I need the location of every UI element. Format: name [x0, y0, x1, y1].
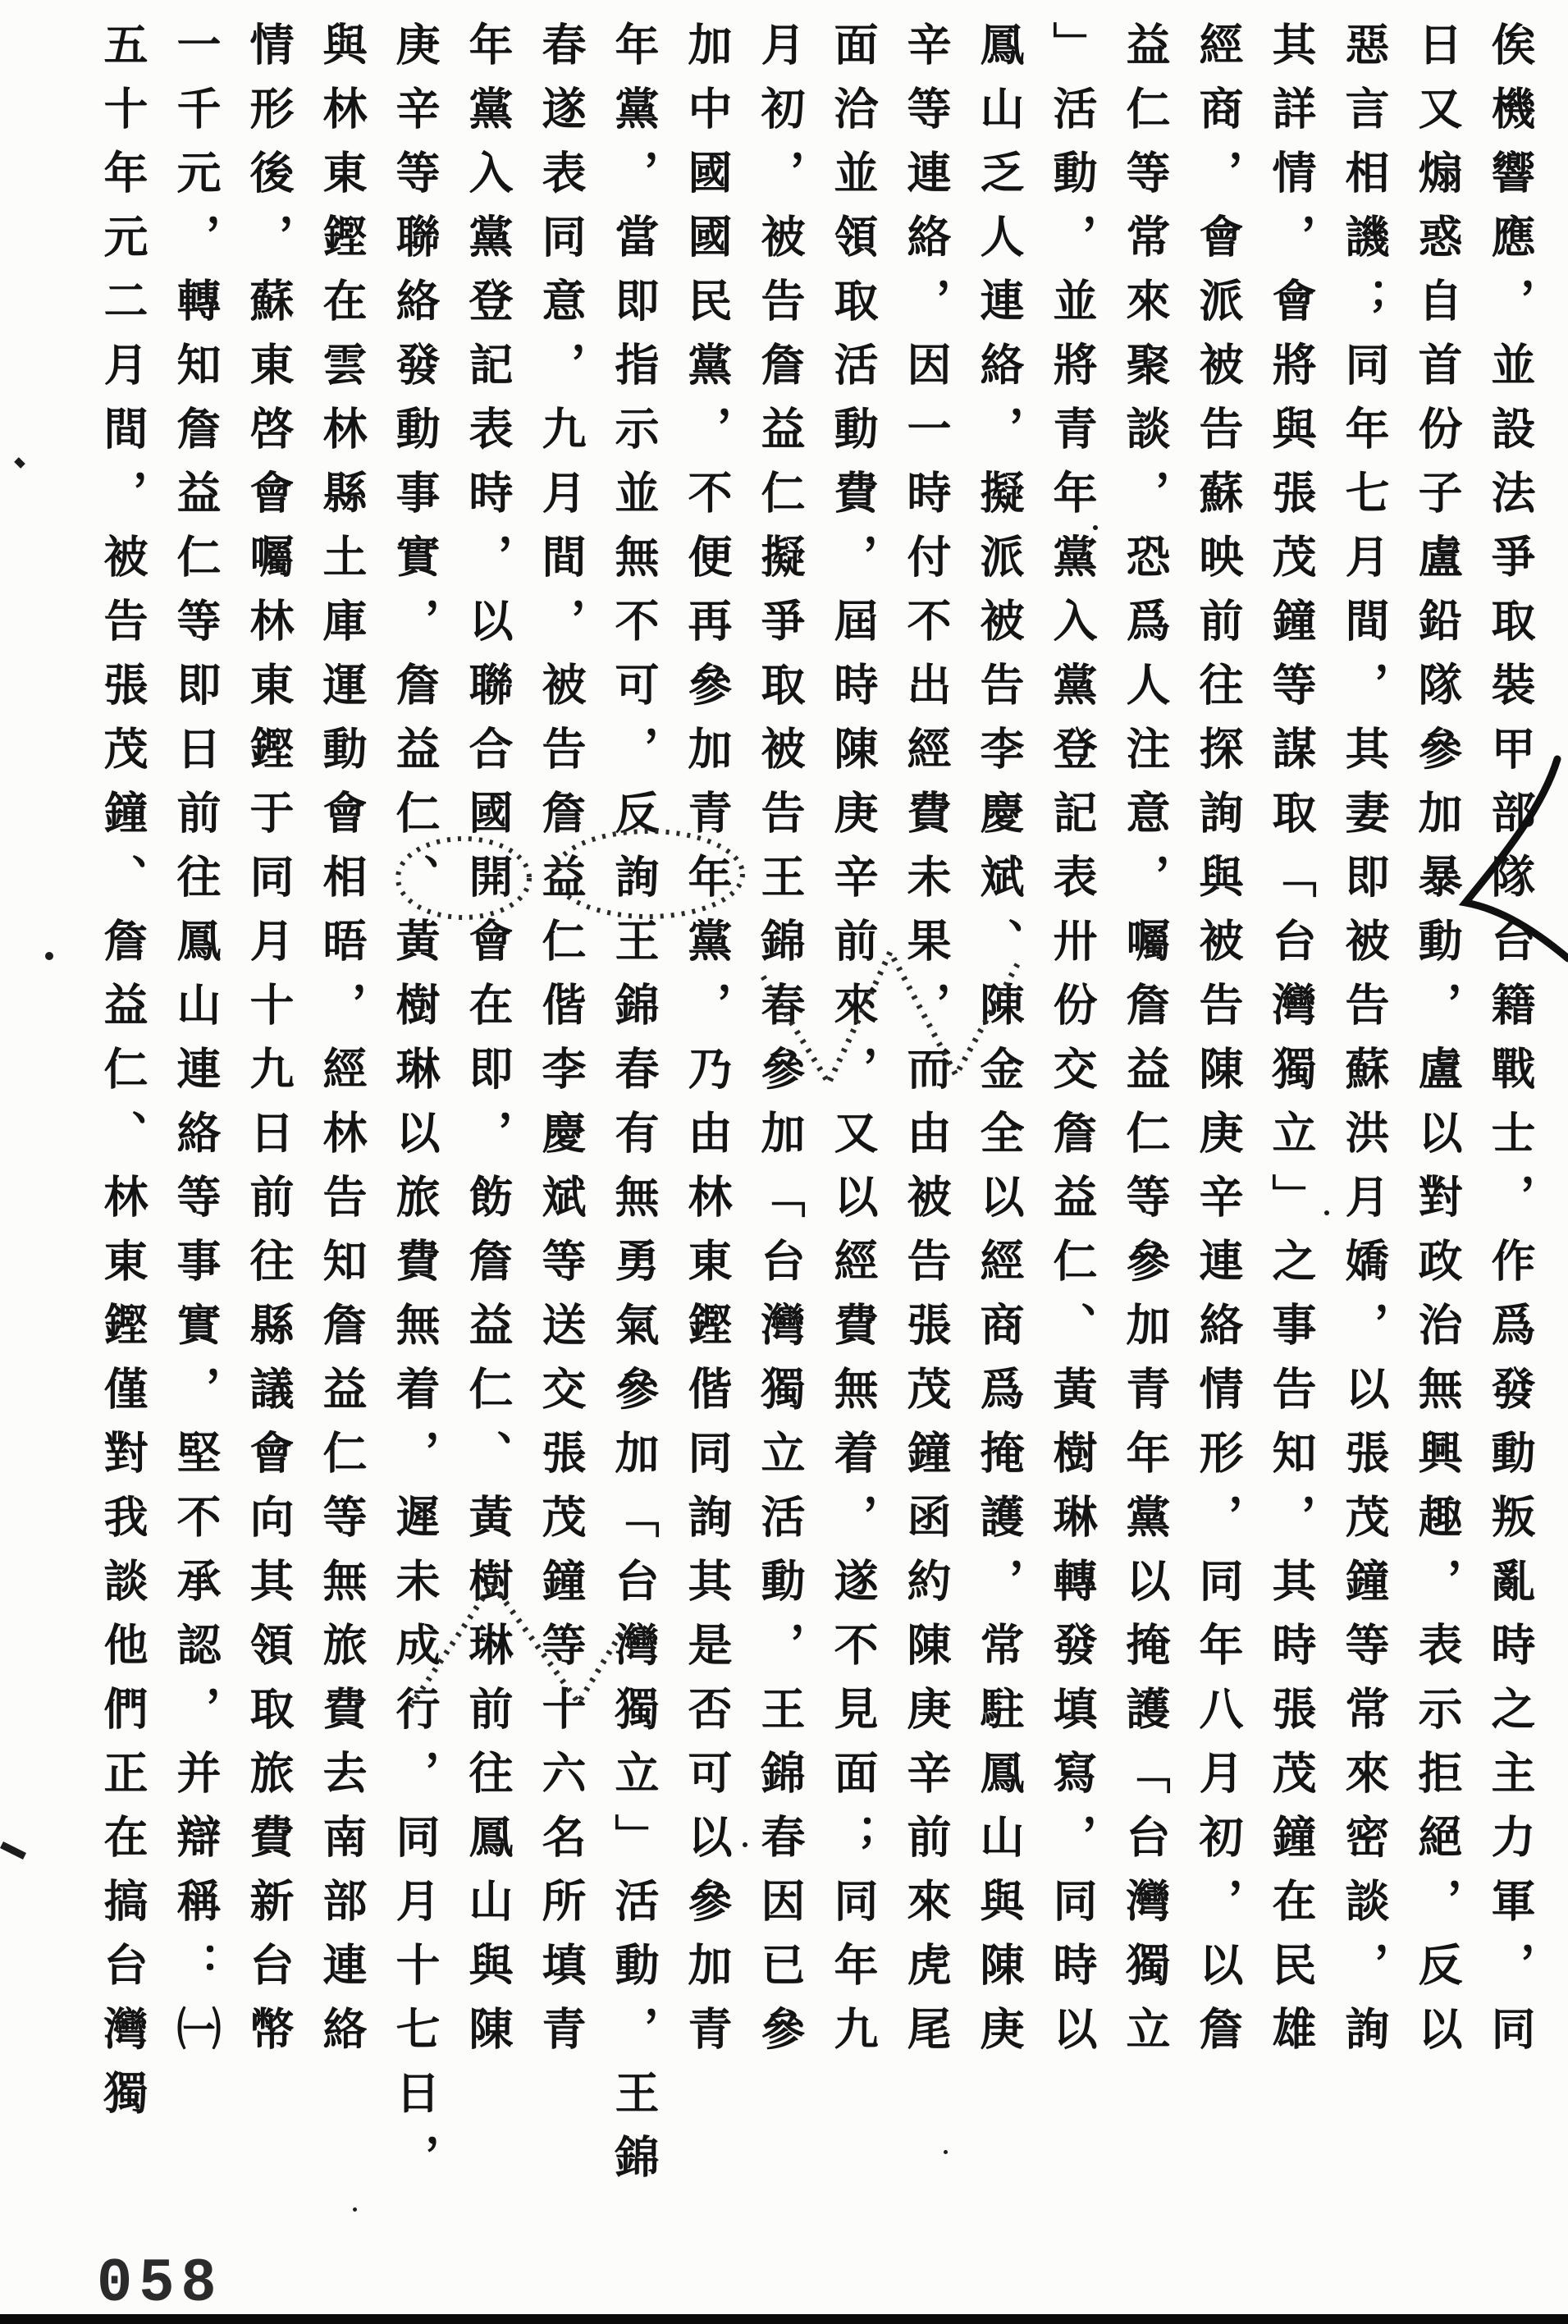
text-column: 加中國國民黨，不便再參加青年黨，乃由林東鏗偕同詢其是否可以參加青: [670, 21, 743, 2204]
text-column: 庚辛等聯絡發動事實，詹益仁、黃樹琳以旅費無着，遲未成行，同月十七日，: [378, 21, 451, 2204]
text-column: 面洽並領取活動費，屆時陳庚辛前來，又以經費無着，遂不見面；同年九: [816, 21, 889, 2204]
ink-speck: [45, 952, 53, 960]
text-column: 其詳情，會將與張茂鐘等謀取「台灣獨立」之事告知，其時張茂鐘在民雄: [1255, 21, 1328, 2204]
ink-speck: [1093, 525, 1098, 530]
text-column: 鳳山乏人連絡，擬派被告李慶斌、陳金全以經商爲掩護，常駐鳳山與陳庚: [962, 21, 1035, 2204]
text-column: 年黨，當即指示並無不可，反詢王錦春有無勇氣參加「台灣獨立」活動，王錦: [597, 21, 670, 2204]
ink-speck: [576, 246, 580, 250]
text-column: 」活動，並將青年黨入黨登記表卅份交詹益仁、黃樹琳轉發填寫，同時以: [1035, 21, 1109, 2204]
scan-edge-band: [0, 2314, 1568, 2324]
ink-speck: [1324, 1210, 1329, 1215]
document-text: 俟機響應，並設法爭取裝甲部隊台籍戰士，作爲發動叛亂時之主力軍，同 日又煽惑自首份…: [86, 21, 1547, 2204]
text-column: 情形後，蘇東啓會囑林東鏗于同月十九日前往縣議會向其領取旅費新台幣: [232, 21, 305, 2204]
ink-speck: [743, 1842, 747, 1847]
text-column: 一千元，轉知詹益仁等即日前往鳳山連絡等事實，堅不承認，并辯稱：㈠: [159, 21, 232, 2204]
ink-speck: [353, 2207, 357, 2212]
text-column: 與林東鏗在雲林縣土庫運動會相晤，經林告知詹益仁等無旅費去南部連絡: [305, 21, 378, 2204]
text-column: 日又煽惑自首份子盧鉛隊參加暴動，盧以對政治無興趣，表示拒絕，反以: [1401, 21, 1474, 2204]
text-column: 五十年元二月間，被告張茂鐘、詹益仁、林東鏗僅對我談他們正在搞台灣獨: [86, 21, 159, 2204]
text-column: 年黨入黨登記表時，以聯合國開會在即，飭詹益仁、黃樹琳前往鳳山與陳: [451, 21, 524, 2204]
text-column: 辛等連絡，因一時付不出經費未果，而由被告張茂鐘函約陳庚辛前來虎尾: [889, 21, 962, 2204]
page-number: 058: [97, 2249, 223, 2319]
text-column: 惡言相譏；同年七月間，其妻即被告蘇洪月嬌，以張茂鐘等常來密談，詢: [1328, 21, 1401, 2204]
ink-speck: [200, 1502, 204, 1506]
text-column: 春遂表同意，九月間，被告詹益仁偕李慶斌等送交張茂鐘等十六名所填青: [524, 21, 597, 2204]
text-column: 益仁等常來聚談，恐爲人注意，囑詹益仁等參加青年黨以掩護「台灣獨立: [1109, 21, 1182, 2204]
text-column: 月初，被告詹益仁擬爭取被告王錦春參加「台灣獨立活動，王錦春因已參: [743, 21, 816, 2204]
text-column: 俟機響應，並設法爭取裝甲部隊台籍戰士，作爲發動叛亂時之主力軍，同: [1474, 21, 1547, 2204]
scanned-document-page: 俟機響應，並設法爭取裝甲部隊台籍戰士，作爲發動叛亂時之主力軍，同 日又煽惑自首份…: [0, 0, 1568, 2324]
ink-speck: [944, 2150, 948, 2154]
text-column: 經商，會派被告蘇映前往探詢與被告陳庚辛連絡情形，同年八月初，以詹: [1182, 21, 1255, 2204]
